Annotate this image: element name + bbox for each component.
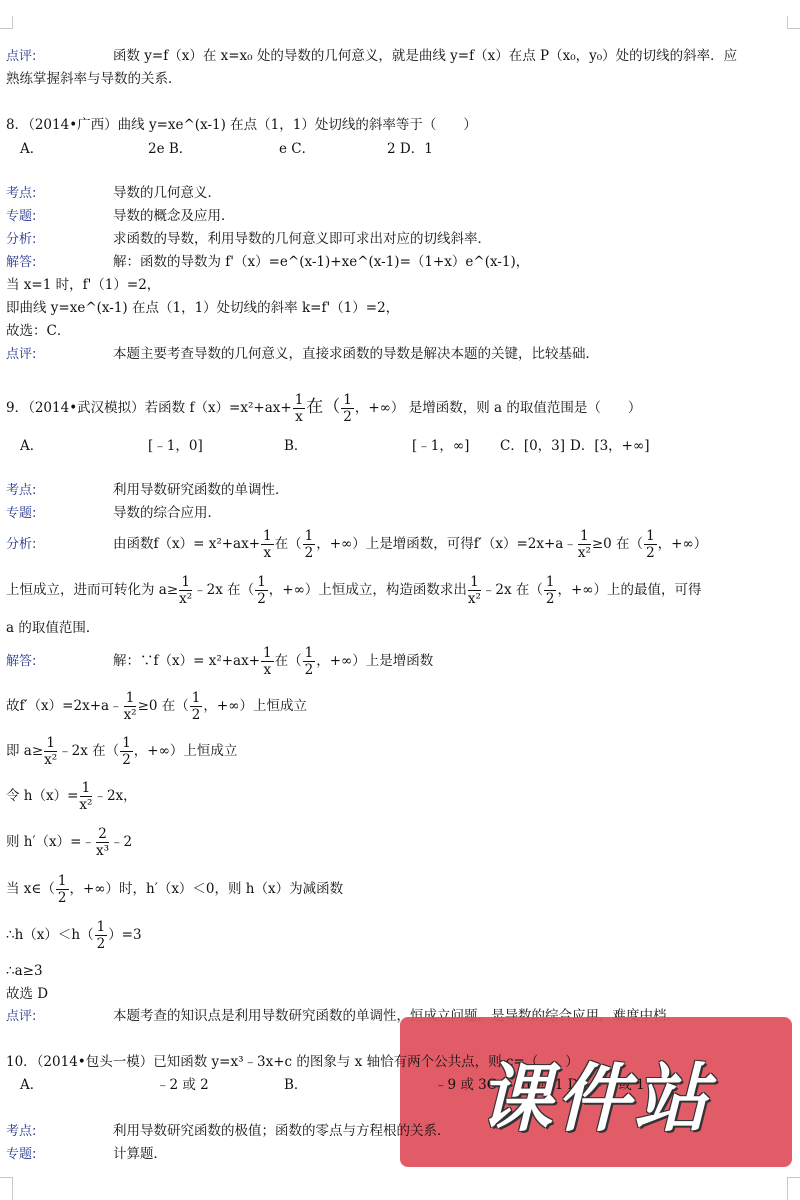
text: 在（ [306, 397, 340, 417]
fraction: 12 [120, 735, 133, 768]
fraction: 1x² [44, 735, 57, 768]
fraction: 1x² [124, 690, 137, 723]
q9-fenxi-2: 上恒成立，进而可转化为 a≥1x²﹣2x 在（12，+∞）上恒成立，构造函数求出… [6, 574, 702, 607]
denominator: 2 [58, 890, 67, 906]
text: ﹣2x， [93, 788, 136, 804]
option-c: e C． [279, 140, 387, 158]
q8-kaodian: 考点:导数的几何意义． [6, 184, 221, 203]
fraction: 12 [303, 528, 316, 561]
text: ﹣2x 在（ [482, 582, 543, 598]
numerator: 1 [578, 528, 591, 545]
denominator: 2 [646, 545, 655, 561]
q8-jieda-2: 当 x=1 时，f'（1）=2， [6, 276, 160, 294]
numerator: 1 [293, 392, 306, 409]
denominator: 2 [305, 545, 314, 561]
option-b-label: B． [284, 1076, 434, 1094]
text: ，+∞）上的最值，可得 [557, 582, 701, 598]
text: ，+∞） [658, 536, 708, 552]
text: ≥0 在（ [138, 698, 189, 714]
numerator: 1 [179, 574, 192, 591]
denominator: 2 [192, 707, 201, 723]
q9-jieda-8: ∴a≥3 [6, 962, 43, 980]
text: 导数的几何意义． [113, 185, 221, 201]
text: ，+∞）时，h′（x）＜0，则 h（x）为减函数 [70, 881, 344, 897]
fraction: 12 [255, 574, 268, 607]
q9-jieda-9: 故选 D [6, 985, 48, 1003]
label-zhuanti: 专题: [6, 505, 113, 523]
numerator: 1 [341, 392, 354, 409]
fraction: 1x [261, 528, 274, 561]
q10-kaodian: 考点:利用导数研究函数的极值；函数的零点与方程根的关系． [6, 1122, 451, 1141]
denominator: x [264, 662, 272, 678]
text: ）=3 [108, 927, 141, 943]
denominator: x² [124, 707, 137, 723]
numerator: 1 [190, 690, 203, 707]
fraction: 1x [293, 392, 306, 425]
q8-jieda-4: 故选：C． [6, 322, 70, 340]
text: ，+∞）上恒成立，构造函数求出 [269, 582, 467, 598]
label-zhuanti: 专题: [6, 208, 113, 226]
q9-jieda: 解答:解：∵f（x）= x²+ax+1x在（12，+∞）上是增函数 [6, 645, 433, 678]
denominator: x² [578, 545, 591, 561]
text: ﹣2x 在（ [193, 582, 254, 598]
denominator: 2 [257, 591, 266, 607]
q8-stem: 8．（2014•广西）曲线 y=xe^(x-1) 在点（1，1）处切线的斜率等于… [6, 116, 477, 134]
option-b-value: [﹣1，∞] [412, 437, 500, 455]
label-dianping: 点评: [6, 1008, 113, 1026]
text: 上恒成立，进而可转化为 a≥ [6, 582, 178, 598]
denominator: x² [179, 591, 192, 607]
text: 在（ [275, 653, 302, 669]
numerator: 1 [261, 645, 274, 662]
text: 计算题． [113, 1146, 167, 1162]
fraction: 2x³ [96, 826, 109, 859]
numerator: 1 [56, 873, 69, 890]
fraction: 1x² [578, 528, 591, 561]
numerator: 1 [468, 574, 481, 591]
prev-dianping-cont: 熟练掌握斜率与导数的关系． [6, 70, 182, 88]
label-zhuanti: 专题: [6, 1146, 113, 1164]
page-corner-mark [787, 1177, 800, 1200]
numerator: 1 [255, 574, 268, 591]
text: 导数的综合应用． [113, 505, 221, 521]
denominator: 2 [343, 409, 352, 425]
text: 则 h′（x）=﹣ [6, 834, 95, 850]
denominator: x² [468, 591, 481, 607]
denominator: x² [79, 797, 92, 813]
option-a-label: A． [20, 437, 148, 455]
fraction: 12 [95, 919, 108, 952]
numerator: 1 [124, 690, 137, 707]
text: 9．（2014•武汉模拟）若函数 f（x）=x²+ax+ [6, 400, 292, 416]
text: ，+∞）上恒成立 [134, 743, 238, 759]
text: 本题主要考查导数的几何意义，直接求函数的导数是解决本题的关键，比较基础． [113, 346, 599, 362]
fraction: 12 [56, 873, 69, 906]
q9-options: A．[﹣1，0]B．[﹣1，∞]C．[0，3]D．[3，+∞] [20, 437, 650, 455]
numerator: 1 [303, 528, 316, 545]
text: ，+∞）上是增函数 [316, 653, 433, 669]
numerator: 1 [80, 780, 93, 797]
text: 解：∵f（x）= x²+ax+ [113, 653, 260, 669]
fraction: 12 [544, 574, 557, 607]
label-dianping: 点评: [6, 346, 113, 364]
page-corner-mark [0, 16, 13, 29]
option-a-label: A． [20, 1076, 156, 1094]
denominator: x [295, 409, 303, 425]
label-kaodian: 考点: [6, 1123, 113, 1141]
numerator: 2 [96, 826, 109, 843]
page-corner-mark [787, 16, 800, 29]
q9-jieda-6: 当 x∈（12，+∞）时，h′（x）＜0，则 h（x）为减函数 [6, 873, 343, 906]
q8-jieda: 解答:解：函数的导数为 f'（x）=e^(x-1)+xe^(x-1)=（1+x）… [6, 253, 529, 272]
fraction: 1x² [468, 574, 481, 607]
q9-fenxi: 分析:由函数f（x）= x²+ax+1x在（12，+∞）上是增函数，可得f′（x… [6, 528, 707, 561]
text: 函数 y=f（x）在 x=x₀ 处的导数的几何意义，就是曲线 y=f（x）在点 … [113, 48, 737, 64]
text: ，+∞） 是增函数，则 a 的取值范围是（ ） [355, 400, 641, 416]
label-fenxi: 分析: [6, 536, 113, 554]
numerator: 1 [303, 645, 316, 662]
q8-fenxi: 分析:求函数的导数，利用导数的几何意义即可求出对应的切线斜率． [6, 230, 491, 249]
option-d: 2 D．1 [387, 140, 433, 158]
q9-jieda-4: 令 h（x）=1x²﹣2x， [6, 780, 137, 813]
option-d: D．[3，+∞] [570, 437, 650, 455]
q8-dianping: 点评:本题主要考查导数的几何意义，直接求函数的导数是解决本题的关键，比较基础． [6, 345, 599, 364]
q8-options: A．2e B．e C．2 D．1 [20, 140, 433, 158]
option-a-value: [﹣1，0] [148, 437, 284, 455]
numerator: 1 [95, 919, 108, 936]
denominator: 2 [546, 591, 555, 607]
numerator: 1 [120, 735, 133, 752]
fraction: 1x² [79, 780, 92, 813]
fraction: 12 [341, 392, 354, 425]
label-jieda: 解答: [6, 254, 113, 272]
text: 利用导数研究函数的极值；函数的零点与方程根的关系． [113, 1123, 451, 1139]
label-dianping: 点评: [6, 48, 113, 66]
q9-jieda-3: 即 a≥1x²﹣2x 在（12，+∞）上恒成立 [6, 735, 237, 768]
q9-zhuanti: 专题:导数的综合应用． [6, 504, 221, 523]
fraction: 1x² [179, 574, 192, 607]
option-c: C．[0，3] [500, 437, 570, 455]
q9-stem: 9．（2014•武汉模拟）若函数 f（x）=x²+ax+1x在（12，+∞） 是… [6, 392, 641, 425]
option-a-value: ﹣2 或 2 [156, 1076, 284, 1094]
q9-fenxi-3: a 的取值范围． [6, 619, 99, 637]
label-kaodian: 考点: [6, 482, 113, 500]
q9-kaodian: 考点:利用导数研究函数的单调性． [6, 481, 289, 500]
q8-jieda-3: 即曲线 y=xe^(x-1) 在点（1，1）处切线的斜率 k=f'（1）=2， [6, 299, 399, 317]
q9-jieda-5: 则 h′（x）=﹣2x³﹣2 [6, 826, 132, 859]
text: ﹣2x 在（ [58, 743, 119, 759]
label-fenxi: 分析: [6, 231, 113, 249]
label-jieda: 解答: [6, 653, 113, 671]
option-b-label: B． [284, 437, 412, 455]
denominator: 2 [97, 936, 106, 952]
text: ∴h（x）＜h（ [6, 927, 94, 943]
fraction: 12 [190, 690, 203, 723]
text: 故f′（x）=2x+a﹣ [6, 698, 123, 714]
numerator: 1 [644, 528, 657, 545]
option-a: A． [20, 140, 148, 158]
q10-zhuanti: 专题:计算题． [6, 1145, 167, 1164]
denominator: x³ [96, 843, 109, 859]
fraction: 12 [303, 645, 316, 678]
text: 解：函数的导数为 f'（x）=e^(x-1)+xe^(x-1)=（1+x）e^(… [113, 254, 529, 270]
prev-dianping: 点评:函数 y=f（x）在 x=x₀ 处的导数的几何意义，就是曲线 y=f（x）… [6, 47, 737, 66]
watermark-text: 课件站 [430, 1040, 760, 1146]
denominator: x² [44, 752, 57, 768]
numerator: 1 [44, 735, 57, 752]
text: 当 x∈（ [6, 881, 55, 897]
text: 求函数的导数，利用导数的几何意义即可求出对应的切线斜率． [113, 231, 491, 247]
fraction: 12 [644, 528, 657, 561]
text: 即 a≥ [6, 743, 43, 759]
text: 导数的概念及应用． [113, 208, 235, 224]
text: 由函数f（x）= x²+ax+ [113, 536, 260, 552]
text: 在（ [275, 536, 302, 552]
option-b: 2e B． [148, 140, 279, 158]
text: ，+∞）上恒成立 [203, 698, 307, 714]
q8-zhuanti: 专题:导数的概念及应用． [6, 207, 235, 226]
fraction: 1x [261, 645, 274, 678]
q9-jieda-2: 故f′（x）=2x+a﹣1x²≥0 在（12，+∞）上恒成立 [6, 690, 307, 723]
numerator: 1 [261, 528, 274, 545]
text: 令 h（x）= [6, 788, 78, 804]
denominator: x [264, 545, 272, 561]
text: ，+∞）上是增函数，可得f′（x）=2x+a﹣ [316, 536, 577, 552]
text: 利用导数研究函数的单调性． [113, 482, 289, 498]
text: ﹣2 [110, 834, 132, 850]
page-corner-mark [0, 1177, 13, 1200]
denominator: 2 [122, 752, 131, 768]
numerator: 1 [544, 574, 557, 591]
denominator: 2 [305, 662, 314, 678]
label-kaodian: 考点: [6, 185, 113, 203]
q9-jieda-7: ∴h（x）＜h（12）=3 [6, 919, 142, 952]
text: ≥0 在（ [592, 536, 643, 552]
